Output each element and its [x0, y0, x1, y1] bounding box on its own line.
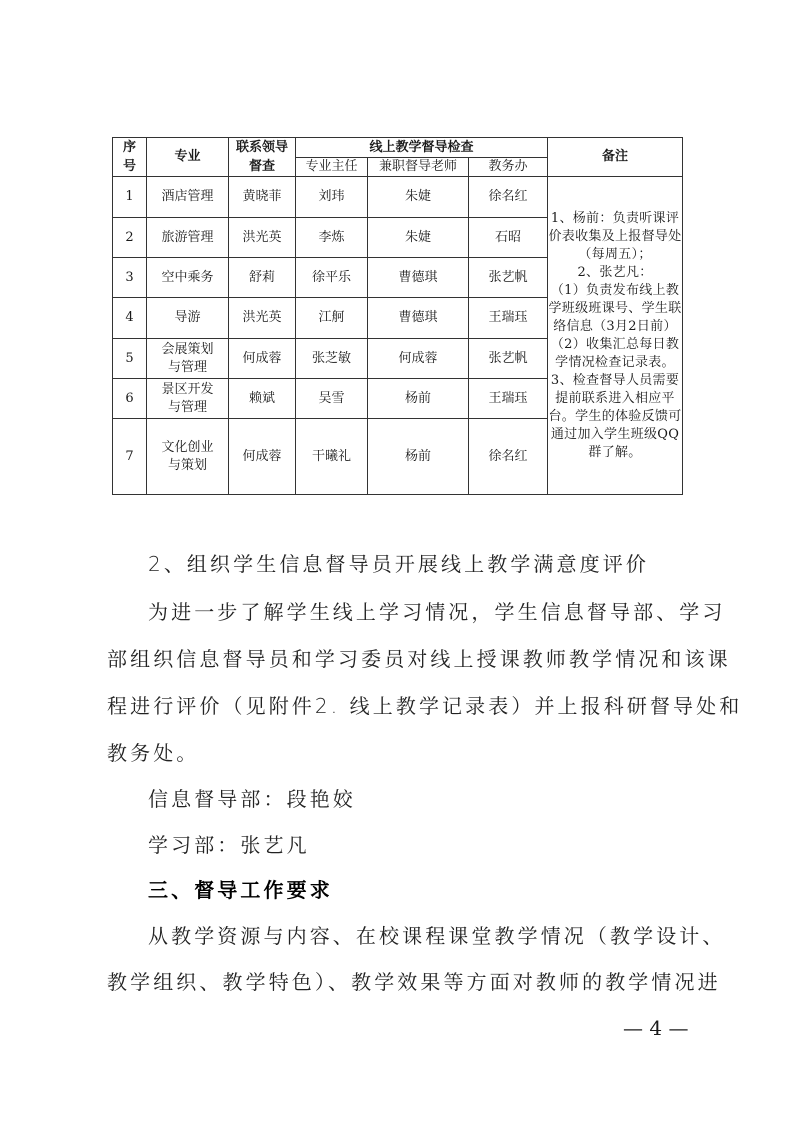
info-dept-contact: 信息督导部：段艳姣: [148, 783, 356, 812]
cell-supervisor: 曹德琪: [368, 298, 469, 339]
header-index: 序 号: [113, 138, 147, 177]
cell-director: 干曦礼: [296, 419, 368, 495]
header-online-supervision: 线上教学督导检查: [296, 138, 548, 158]
cell-major-label: 景区开发与管理: [161, 382, 213, 415]
cell-no: 3: [113, 258, 147, 298]
header-liaison: 联系领导督查: [229, 138, 296, 177]
cell-liaison: 何成蓉: [229, 339, 296, 379]
cell-office: 徐名红: [469, 419, 548, 495]
cell-supervisor: 朱婕: [368, 177, 469, 218]
cell-supervisor: 何成蓉: [368, 339, 469, 379]
cell-supervisor: 杨前: [368, 419, 469, 495]
document-page: 序 号 专业 联系领导督查 线上教学督导检查 备注 专业主任 兼职督导老师 教务…: [0, 0, 793, 1122]
remarks-cell: 1、杨前：负责听课评价表收集及上报督导处（每周五）； 2、张艺凡： （1）负责发…: [548, 177, 683, 495]
cell-office: 徐名红: [469, 177, 548, 218]
cell-liaison: 洪光英: [229, 218, 296, 258]
section3-heading: 三、督导工作要求: [148, 874, 333, 903]
header-index-label: 序 号: [113, 138, 146, 176]
cell-liaison: 舒莉: [229, 258, 296, 298]
cell-supervisor: 朱婕: [368, 218, 469, 258]
item2-heading: 2、组织学生信息督导员开展线上教学满意度评价: [148, 548, 649, 577]
study-dept-contact: 学习部：张艺凡: [148, 829, 310, 858]
cell-director: 刘玮: [296, 177, 368, 218]
table-row: 1 酒店管理 黄晓菲 刘玮 朱婕 徐名红 1、杨前：负责听课评价表收集及上报督导…: [113, 177, 683, 218]
cell-major: 景区开发与管理: [147, 379, 229, 419]
paragraph-line: 程进行评价（见附件2. 线上教学记录表）并上报科研督导处和: [107, 690, 742, 719]
cell-no: 2: [113, 218, 147, 258]
cell-major-label: 文化创业与策划: [161, 440, 213, 473]
cell-major: 会展策划与管理: [147, 339, 229, 379]
cell-liaison: 赖斌: [229, 379, 296, 419]
header-major: 专业: [147, 138, 229, 177]
cell-major-label: 会展策划与管理: [161, 342, 213, 375]
cell-liaison: 洪光英: [229, 298, 296, 339]
cell-major: 导游: [147, 298, 229, 339]
cell-no: 6: [113, 379, 147, 419]
cell-major: 空中乘务: [147, 258, 229, 298]
cell-no: 1: [113, 177, 147, 218]
cell-liaison: 何成蓉: [229, 419, 296, 495]
cell-major: 酒店管理: [147, 177, 229, 218]
header-office: 教务办: [469, 158, 548, 177]
cell-office: 王瑞珏: [469, 298, 548, 339]
cell-office: 张艺帆: [469, 339, 548, 379]
paragraph-line: 教务处。: [107, 737, 199, 766]
paragraph-line: 为进一步了解学生线上学习情况，学生信息督导部、学习: [148, 596, 726, 625]
cell-director: 张芝敏: [296, 339, 368, 379]
cell-office: 张艺帆: [469, 258, 548, 298]
header-liaison-label: 联系领导督查: [236, 140, 288, 174]
cell-major: 文化创业与策划: [147, 419, 229, 495]
cell-director: 李炼: [296, 218, 368, 258]
cell-no: 4: [113, 298, 147, 339]
cell-major: 旅游管理: [147, 218, 229, 258]
cell-no: 7: [113, 419, 147, 495]
paragraph-line: 教学组织、教学特色）、教学效果等方面对教师的教学情况进: [107, 966, 721, 995]
cell-director: 徐平乐: [296, 258, 368, 298]
paragraph-line: 从教学资源与内容、在校课程课堂教学情况（教学设计、: [148, 920, 726, 949]
header-supervisor: 兼职督导老师: [368, 158, 469, 177]
cell-supervisor: 曹德琪: [368, 258, 469, 298]
cell-supervisor: 杨前: [368, 379, 469, 419]
paragraph-line: 部组织信息督导员和学习委员对线上授课教师教学情况和该课: [107, 643, 731, 672]
cell-liaison: 黄晓菲: [229, 177, 296, 218]
page-number: — 4 —: [623, 1016, 688, 1040]
cell-no: 5: [113, 339, 147, 379]
cell-director: 江舸: [296, 298, 368, 339]
cell-office: 王瑞珏: [469, 379, 548, 419]
cell-director: 吴雪: [296, 379, 368, 419]
header-director: 专业主任: [296, 158, 368, 177]
header-remarks: 备注: [548, 138, 683, 177]
supervision-table: 序 号 专业 联系领导督查 线上教学督导检查 备注 专业主任 兼职督导老师 教务…: [112, 137, 683, 495]
cell-office: 石昭: [469, 218, 548, 258]
